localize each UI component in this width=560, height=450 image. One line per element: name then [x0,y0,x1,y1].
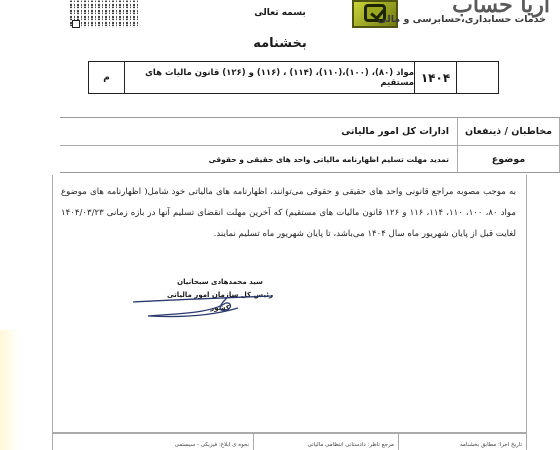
body-section: به موجب مصوبه مراجع قانونی واحد های حقیق… [52,175,527,433]
addressee-row: مخاطبان / ذینفعان ادارات کل امور مالیاتی [60,118,560,145]
page-title: بخشنامه [230,36,330,51]
circular-info-table: ۱۴۰۴ مواد (۸۰)، (۱۰۰)،(۱۱۰)، (۱۱۴) ، (۱۱… [88,61,499,94]
subject-label: موضوع [457,146,560,173]
year-cell: ۱۴۰۴ [414,62,456,93]
addressee-label: مخاطبان / ذینفعان [457,118,560,145]
logo-tagline: خدمات حسابداری،حسابرسی و مالی [378,14,546,25]
subject-value: تمدید مهلت تسلیم اظهارنامه مالیاتی واحد … [60,146,457,173]
addressee-value: ادارات کل امور مالیاتی [60,118,457,145]
body-text: به موجب مصوبه مراجع قانونی واحد های حقیق… [61,182,516,245]
subject-row: موضوع تمدید مهلت تسلیم اظهارنامه مالیاتی… [60,145,560,173]
signature-stroke-icon [128,290,278,322]
logo-watermark: آریا حساب خدمات حسابداری،حسابرسی و مالی [352,0,552,28]
number-cell: م [89,62,124,93]
effective-date-cell: تاریخ اجرا: مطابق بخشنامه [398,434,526,450]
reference-cell: مرجع ناظر: دادستانی انتظامی مالیاتی [253,434,398,450]
notification-cell: نحوه ی ابلاغ: فیزیکی - سیستمی [53,434,253,450]
bismillah-heading: بسمه تعالی [240,8,320,18]
edge-glow [0,330,20,450]
empty-cell [456,62,498,93]
signatory-name: سید محمدهادی سبحانیان [160,276,280,289]
qr-code-corner [72,20,80,28]
addressee-subject-table: مخاطبان / ذینفعان ادارات کل امور مالیاتی… [60,117,560,173]
articles-cell: مواد (۸۰)، (۱۰۰)،(۱۱۰)، (۱۱۴) ، (۱۱۶) و … [124,62,414,93]
qr-code [70,0,140,28]
circular-document: آریا حساب خدمات حسابداری،حسابرسی و مالی … [0,0,560,450]
footer-row: تاریخ اجرا: مطابق بخشنامه مرجع ناظر: داد… [52,433,527,450]
